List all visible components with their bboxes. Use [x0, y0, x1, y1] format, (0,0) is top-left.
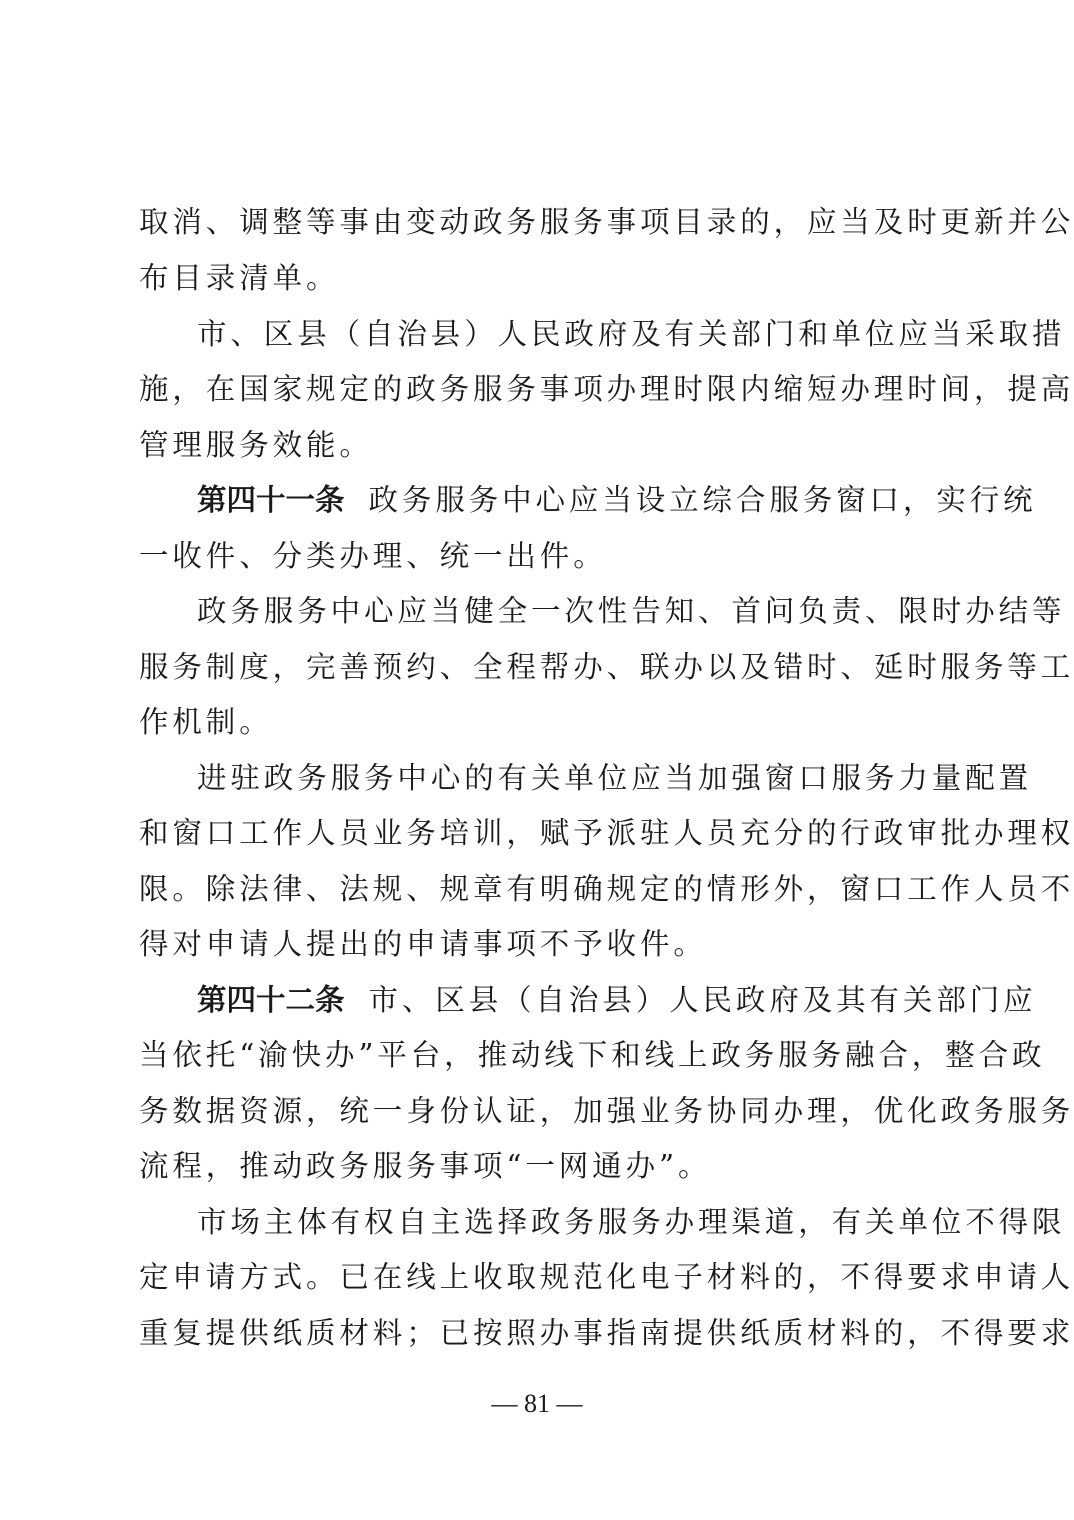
text-line: 当依托“渝快办”平台，推动线下和线上政务服务融合，整合政	[139, 1035, 939, 1075]
article-42-heading-line: 第四十二条市、区县（自治县）人民政府及其有关部门应	[197, 980, 939, 1020]
article-41-heading-line: 第四十一条政务服务中心应当设立综合服务窗口，实行统	[197, 480, 939, 520]
text-line: 布目录清单。	[139, 258, 939, 298]
text-line: 管理服务效能。	[139, 425, 939, 465]
text-line: 作机制。	[139, 702, 939, 742]
text-line: 服务制度，完善预约、全程帮办、联办以及错时、延时服务等工	[139, 647, 939, 687]
text-line: 施，在国家规定的政务服务事项办理时限内缩短办理时间，提高	[139, 369, 939, 409]
text-line: 一收件、分类办理、统一出件。	[139, 536, 939, 576]
document-page: 取消、调整等事由变动政务服务事项目录的，应当及时更新并公 布目录清单。 市、区县…	[0, 0, 1074, 1520]
article-text: 市、区县（自治县）人民政府及其有关部门应	[369, 983, 1037, 1017]
paragraph-start-line: 市场主体有权自主选择政务服务办理渠道，有关单位不得限	[197, 1202, 939, 1242]
text-line: 重复提供纸质材料；已按照办事指南提供纸质材料的，不得要求	[139, 1313, 939, 1353]
paragraph-start-line: 市、区县（自治县）人民政府及有关部门和单位应当采取措	[197, 314, 939, 354]
text-line: 务数据资源，统一身份认证，加强业务协同办理，优化政务服务	[139, 1091, 939, 1131]
article-number: 第四十二条	[197, 983, 345, 1017]
text-line: 定申请方式。已在线上收取规范化电子材料的，不得要求申请人	[139, 1257, 939, 1297]
text-line: 取消、调整等事由变动政务服务事项目录的，应当及时更新并公	[139, 202, 939, 242]
text-line: 得对申请人提出的申请事项不予收件。	[139, 924, 939, 964]
text-line: 限。除法律、法规、规章有明确规定的情形外，窗口工作人员不	[139, 869, 939, 909]
text-line: 流程，推动政务服务事项“一网通办”。	[139, 1146, 939, 1186]
paragraph-start-line: 政务服务中心应当健全一次性告知、首问负责、限时办结等	[197, 591, 939, 631]
article-number: 第四十一条	[197, 483, 345, 517]
page-number: — 81 —	[0, 1389, 1074, 1419]
text-line: 和窗口工作人员业务培训，赋予派驻人员充分的行政审批办理权	[139, 813, 939, 853]
paragraph-start-line: 进驻政务服务中心的有关单位应当加强窗口服务力量配置	[197, 758, 939, 798]
article-text: 政务服务中心应当设立综合服务窗口，实行统	[369, 483, 1037, 517]
